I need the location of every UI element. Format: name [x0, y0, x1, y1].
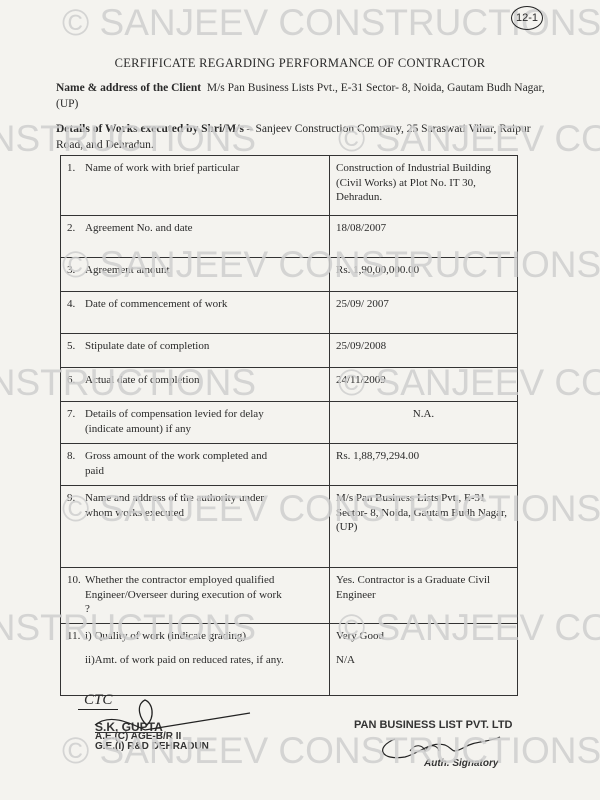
row-number: 11.: [67, 629, 85, 644]
question-cell: ii)Amt. of work paid on reduced rates, i…: [61, 648, 330, 696]
question-text: i) Quality of work (indicate grading): [85, 629, 285, 644]
table-row: 7.Details of compensation levied for del…: [61, 402, 518, 444]
question-text: Details of compensation levied for delay…: [85, 407, 285, 436]
table-row: 2.Agreement No. and date18/08/2007: [61, 216, 518, 258]
question-text: Agreement amount: [85, 263, 285, 278]
table-row: 3.Agreement amountRs. 1,90,00,000.00: [61, 258, 518, 292]
table-row: 9.Name and address of the authority unde…: [61, 486, 518, 568]
question-text: Stipulate date of completion: [85, 339, 285, 354]
question-cell: 4.Date of commencement of work: [61, 292, 330, 334]
answer-cell: N/A: [330, 648, 518, 696]
table-row: 6.Actual date of completion24/11/2009: [61, 368, 518, 402]
answer-cell: N.A.: [330, 402, 518, 444]
answer-cell: Very Good: [330, 624, 518, 648]
question-cell: 10.Whether the contractor employed quali…: [61, 568, 330, 624]
row-number: 4.: [67, 297, 85, 312]
table-row: ii)Amt. of work paid on reduced rates, i…: [61, 648, 518, 696]
page-number: 12-1: [511, 6, 543, 30]
row-number: 3.: [67, 263, 85, 278]
question-cell: 6.Actual date of completion: [61, 368, 330, 402]
table-row: 4.Date of commencement of work25/09/ 200…: [61, 292, 518, 334]
question-text: Whether the contractor employed qualifie…: [85, 573, 285, 617]
question-text: Date of commencement of work: [85, 297, 285, 312]
row-number: 10.: [67, 573, 85, 588]
question-cell: 11.i) Quality of work (indicate grading): [61, 624, 330, 648]
answer-cell: 24/11/2009: [330, 368, 518, 402]
question-text: ii)Amt. of work paid on reduced rates, i…: [85, 653, 285, 668]
row-number: 8.: [67, 449, 85, 464]
works-label: Details of Works executed by Shri/M/s: [56, 123, 244, 135]
answer-cell: Construction of Industrial Building (Civ…: [330, 156, 518, 216]
question-cell: 5.Stipulate date of completion: [61, 334, 330, 368]
signature-right-icon: [375, 733, 505, 765]
question-text: Gross amount of the work completed and p…: [85, 449, 285, 478]
answer-cell: Rs. 1,88,79,294.00: [330, 444, 518, 486]
question-cell: 8.Gross amount of the work completed and…: [61, 444, 330, 486]
company-stamp: PAN BUSINESS LIST PVT. LTD: [354, 719, 513, 731]
document-title: CERFIFICATE REGARDING PERFORMANCE OF CON…: [0, 56, 600, 71]
question-cell: 7.Details of compensation levied for del…: [61, 402, 330, 444]
question-cell: 1.Name of work with brief particular: [61, 156, 330, 216]
question-text: Agreement No. and date: [85, 221, 285, 236]
row-number: 9.: [67, 491, 85, 506]
answer-cell: M/s Pan Business Lists Pvt., E-31 Sector…: [330, 486, 518, 568]
row-number: 2.: [67, 221, 85, 236]
works-paragraph: Details of Works executed by Shri/M/s – …: [56, 121, 556, 153]
answer-cell: Rs. 1,90,00,000.00: [330, 258, 518, 292]
answer-cell: 25/09/ 2007: [330, 292, 518, 334]
question-cell: 3.Agreement amount: [61, 258, 330, 292]
table-row: 11.i) Quality of work (indicate grading)…: [61, 624, 518, 648]
row-number: 5.: [67, 339, 85, 354]
row-number: 7.: [67, 407, 85, 422]
answer-cell: Yes. Contractor is a Graduate Civil Engi…: [330, 568, 518, 624]
table-row: 10.Whether the contractor employed quali…: [61, 568, 518, 624]
certificate-table: 1.Name of work with brief particularCons…: [60, 155, 518, 696]
question-cell: 2.Agreement No. and date: [61, 216, 330, 258]
signatory-office: G.E.(I) R&D DEHRADUN: [95, 742, 209, 752]
table-row: 1.Name of work with brief particularCons…: [61, 156, 518, 216]
question-cell: 9.Name and address of the authority unde…: [61, 486, 330, 568]
table-row: 8.Gross amount of the work completed and…: [61, 444, 518, 486]
row-number: 6.: [67, 373, 85, 388]
signature-left-icon: [85, 695, 255, 740]
client-label: Name & address of the Client: [56, 82, 201, 94]
row-number: 1.: [67, 161, 85, 176]
question-text: Actual date of completion: [85, 373, 285, 388]
question-text: Name of work with brief particular: [85, 161, 285, 176]
question-text: Name and address of the authority under …: [85, 491, 285, 520]
answer-cell: 25/09/2008: [330, 334, 518, 368]
client-paragraph: Name & address of the Client M/s Pan Bus…: [56, 80, 556, 112]
answer-cell: 18/08/2007: [330, 216, 518, 258]
table-row: 5.Stipulate date of completion25/09/2008: [61, 334, 518, 368]
